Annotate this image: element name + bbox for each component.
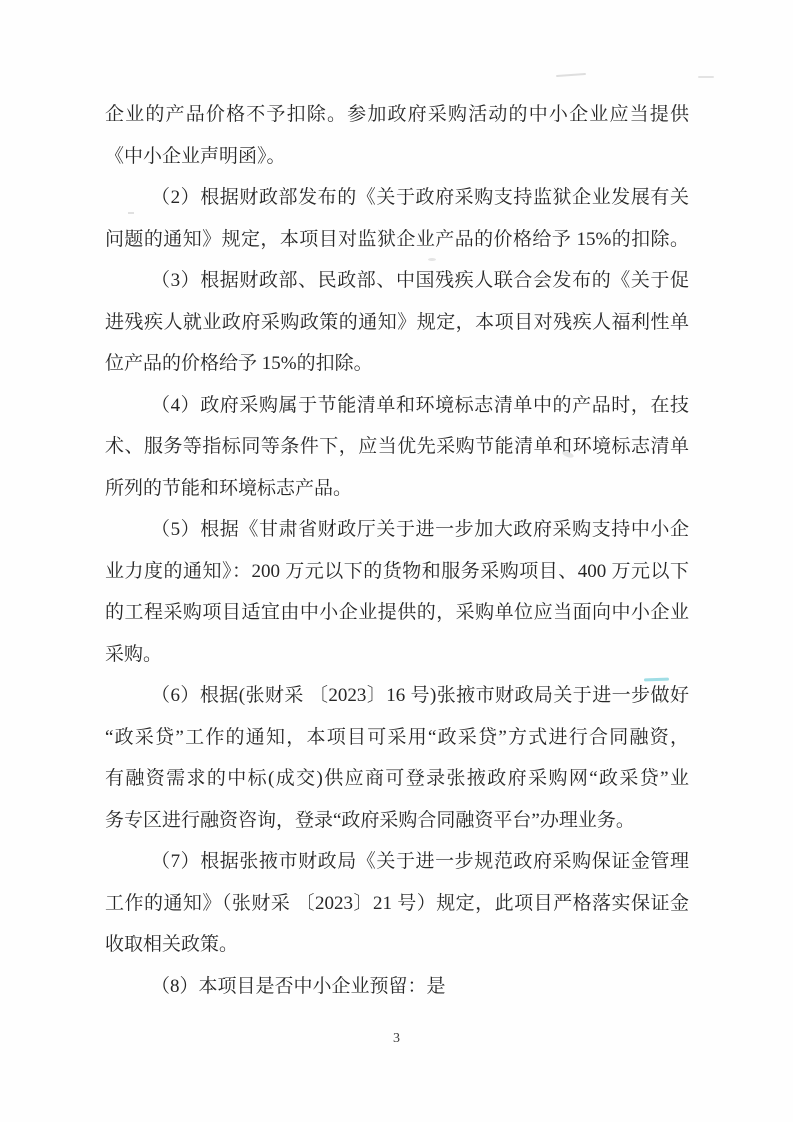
scanned-document-page: 企业的产品价格不予扣除。参加政府采购活动的中小企业应当提供《中小企业声明函》。（… xyxy=(0,0,793,1122)
text-line: “政采贷”工作的通知，本项目可采用“政采贷”方式进行合同融资， xyxy=(105,723,689,755)
text-line: 位产品的价格给予 15%的扣除。 xyxy=(105,349,689,381)
text-line: 企业的产品价格不予扣除。参加政府采购活动的中小企业应当提供 xyxy=(105,100,689,132)
page-number: 3 xyxy=(0,1031,793,1047)
text-line: 《中小企业声明函》。 xyxy=(105,142,689,174)
text-line: 收取相关政策。 xyxy=(105,930,689,962)
text-line: （4）政府采购属于节能清单和环境标志清单中的产品时，在技 xyxy=(105,391,689,423)
text-line: （2）根据财政部发布的《关于政府采购支持监狱企业发展有关 xyxy=(105,183,689,215)
text-line: （8）本项目是否中小企业预留：是 xyxy=(105,972,689,1004)
text-line: 工作的通知》（张财采 〔2023〕21 号）规定，此项目严格落实保证金 xyxy=(105,889,689,921)
text-line: （3）根据财政部、民政部、中国残疾人联合会发布的《关于促 xyxy=(105,266,689,298)
text-line: 务专区进行融资咨询，登录“政府采购合同融资平台”办理业务。 xyxy=(105,806,689,838)
text-line: （5）根据《甘肃省财政厅关于进一步加大政府采购支持中小企 xyxy=(105,515,689,547)
text-line: 问题的通知》规定，本项目对监狱企业产品的价格给予 15%的扣除。 xyxy=(105,225,689,257)
text-line: 有融资需求的中标(成交)供应商可登录张掖政府采购网“政采贷”业 xyxy=(105,764,689,796)
text-line: （7）根据张掖市财政局《关于进一步规范政府采购保证金管理 xyxy=(105,847,689,879)
text-line: 采购。 xyxy=(105,640,689,672)
text-line: 进残疾人就业政府采购政策的通知》规定，本项目对残疾人福利性单 xyxy=(105,308,689,340)
text-line: 业力度的通知》：200 万元以下的货物和服务采购项目、400 万元以下 xyxy=(105,557,689,589)
text-line: 的工程采购项目适宜由中小企业提供的，采购单位应当面向中小企业 xyxy=(105,598,689,630)
text-line: （6）根据(张财采 〔2023〕16 号)张掖市财政局关于进一步做好 xyxy=(105,681,689,713)
text-line: 术、服务等指标同等条件下，应当优先采购节能清单和环境标志清单 xyxy=(105,432,689,464)
document-body: 企业的产品价格不予扣除。参加政府采购活动的中小企业应当提供《中小企业声明函》。（… xyxy=(0,0,793,1122)
text-line: 所列的节能和环境标志产品。 xyxy=(105,474,689,506)
